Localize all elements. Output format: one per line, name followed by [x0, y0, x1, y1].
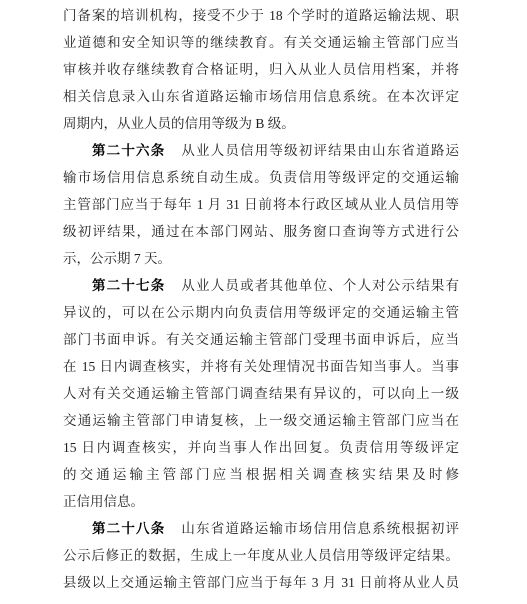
line-text: 异议的，可以在公示期内向负责信用等级评定的交通运输主管 [63, 305, 459, 320]
text-line: 相关信息录入山东省道路运输市场信用信息系统。在本次评定 [63, 83, 459, 110]
text-line: 15 日内调查核实，并向当事人作出回复。负责信用等级评定 [63, 434, 459, 461]
text-line: 的交通运输主管部门应当根据相关调查核实结果及时修 [63, 461, 459, 488]
line-text: 审核并收存继续教育合格证明，归入从业人员信用档案，并将 [63, 62, 459, 77]
line-text: 主管部门应当于每年 1 月 31 日前将本行政区域从业人员信用等 [63, 197, 459, 212]
text-line: 审核并收存继续教育合格证明，归入从业人员信用档案，并将 [63, 56, 459, 83]
article-number: 第二十八条 [92, 521, 165, 536]
line-text: 15 日内调查核实，并向当事人作出回复。负责信用等级评定 [63, 440, 459, 455]
text-line: 主管部门应当于每年 1 月 31 日前将本行政区域从业人员信用等 [63, 191, 459, 218]
line-text: 人对有关交通运输主管部门调查结果有异议的，可以向上一级 [63, 386, 459, 401]
line-text: 门备案的培训机构，接受不少于 18 个学时的道路运输法规、职 [63, 8, 459, 23]
text-line: 部门书面申诉。有关交通运输主管部门受理书面申诉后，应当 [63, 326, 459, 353]
text-line: 第二十八条山东省道路运输市场信用信息系统根据初评 [63, 515, 459, 542]
document-page: 门备案的培训机构，接受不少于 18 个学时的道路运输法规、职业道德和安全知识等的… [0, 0, 527, 604]
text-line: 在 15 日内调查核实，并将有关处理情况书面告知当事人。当事 [63, 353, 459, 380]
text-line: 业道德和安全知识等的继续教育。有关交通运输主管部门应当 [63, 29, 459, 56]
line-text: 示，公示期 7 天。 [63, 251, 171, 266]
line-text: 县级以上交通运输主管部门应当于每年 3 月 31 日前将从业人员 [63, 575, 459, 590]
text-line: 人对有关交通运输主管部门调查结果有异议的，可以向上一级 [63, 380, 459, 407]
line-text: 周期内，从业人员的信用等级为 B 级。 [63, 116, 295, 131]
text-line: 门备案的培训机构，接受不少于 18 个学时的道路运输法规、职 [63, 2, 459, 29]
line-text: 正信用信息。 [63, 494, 144, 509]
line-text: 从业人员信用等级初评结果由山东省道路运 [181, 143, 459, 158]
text-line: 示，公示期 7 天。 [63, 245, 459, 272]
line-text: 的交通运输主管部门应当根据相关调查核实结果及时修 [63, 467, 459, 482]
article-number: 第二十七条 [92, 278, 165, 293]
line-text: 在 15 日内调查核实，并将有关处理情况书面告知当事人。当事 [63, 359, 459, 374]
text-line: 周期内，从业人员的信用等级为 B 级。 [63, 110, 459, 137]
article-number: 第二十六条 [92, 143, 165, 158]
line-text: 从业人员或者其他单位、个人对公示结果有 [181, 278, 459, 293]
text-line: 公示后修正的数据，生成上一年度从业人员信用等级评定结果。 [63, 542, 459, 569]
text-line: 县级以上交通运输主管部门应当于每年 3 月 31 日前将从业人员 [63, 569, 459, 596]
line-text: 相关信息录入山东省道路运输市场信用信息系统。在本次评定 [63, 89, 459, 104]
line-text: 输市场信用信息系统自动生成。负责信用等级评定的交通运输 [63, 170, 459, 185]
line-text: 级初评结果，通过在本部门网站、服务窗口查询等方式进行公 [63, 224, 459, 239]
line-text: 部门书面申诉。有关交通运输主管部门受理书面申诉后，应当 [63, 332, 459, 347]
text-line: 交通运输主管部门申请复核，上一级交通运输主管部门应当在 [63, 407, 459, 434]
text-line: 正信用信息。 [63, 488, 459, 515]
line-text: 公示后修正的数据，生成上一年度从业人员信用等级评定结果。 [63, 548, 459, 563]
text-line: 第二十六条从业人员信用等级初评结果由山东省道路运 [63, 137, 459, 164]
text-line: 异议的，可以在公示期内向负责信用等级评定的交通运输主管 [63, 299, 459, 326]
text-line: 第二十七条从业人员或者其他单位、个人对公示结果有 [63, 272, 459, 299]
text-line: 级初评结果，通过在本部门网站、服务窗口查询等方式进行公 [63, 218, 459, 245]
text-line: 输市场信用信息系统自动生成。负责信用等级评定的交通运输 [63, 164, 459, 191]
line-text: 业道德和安全知识等的继续教育。有关交通运输主管部门应当 [63, 35, 459, 50]
line-text: 交通运输主管部门申请复核，上一级交通运输主管部门应当在 [63, 413, 459, 428]
line-text: 山东省道路运输市场信用信息系统根据初评 [181, 521, 459, 536]
